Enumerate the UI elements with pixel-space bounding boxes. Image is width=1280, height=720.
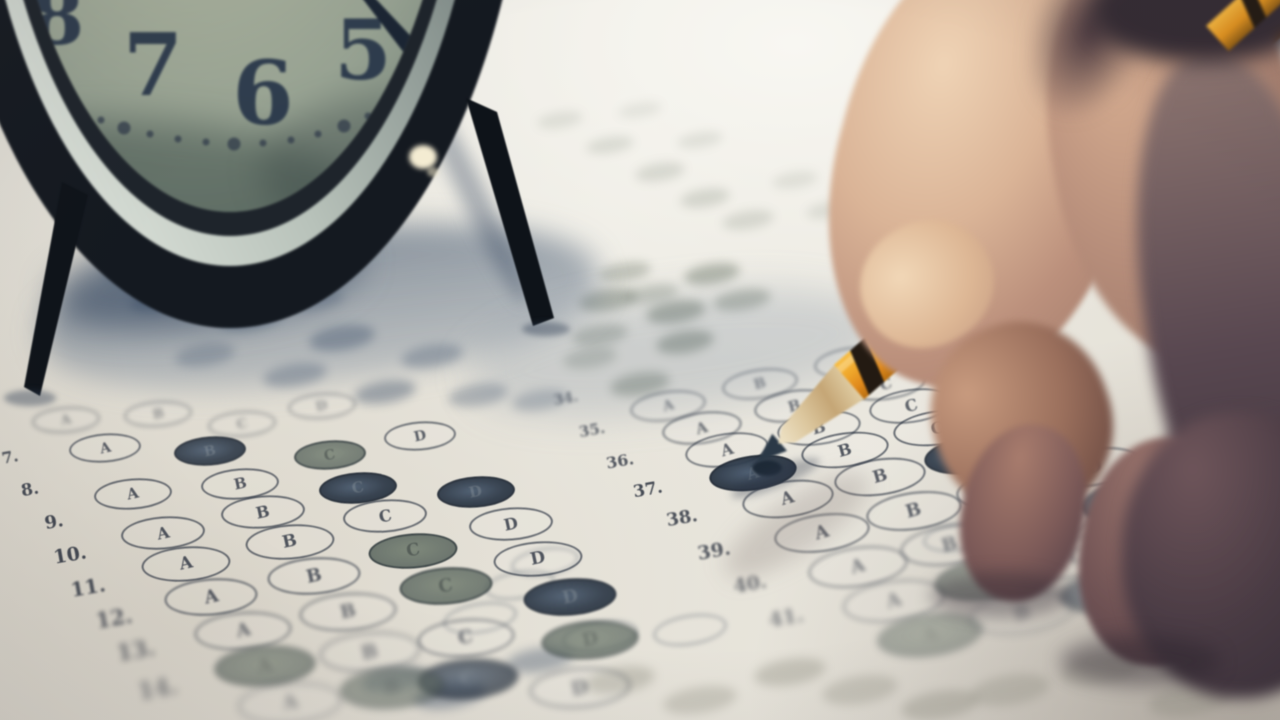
fingertip-contact-shadow <box>1060 636 1220 686</box>
fingertip-contact-shadow <box>930 572 1070 618</box>
hand <box>0 0 1280 720</box>
photo-scene: ABCD7.ABCD8.ABCD9.ABCD10.ABCD11.ABCD12.A… <box>0 0 1280 720</box>
